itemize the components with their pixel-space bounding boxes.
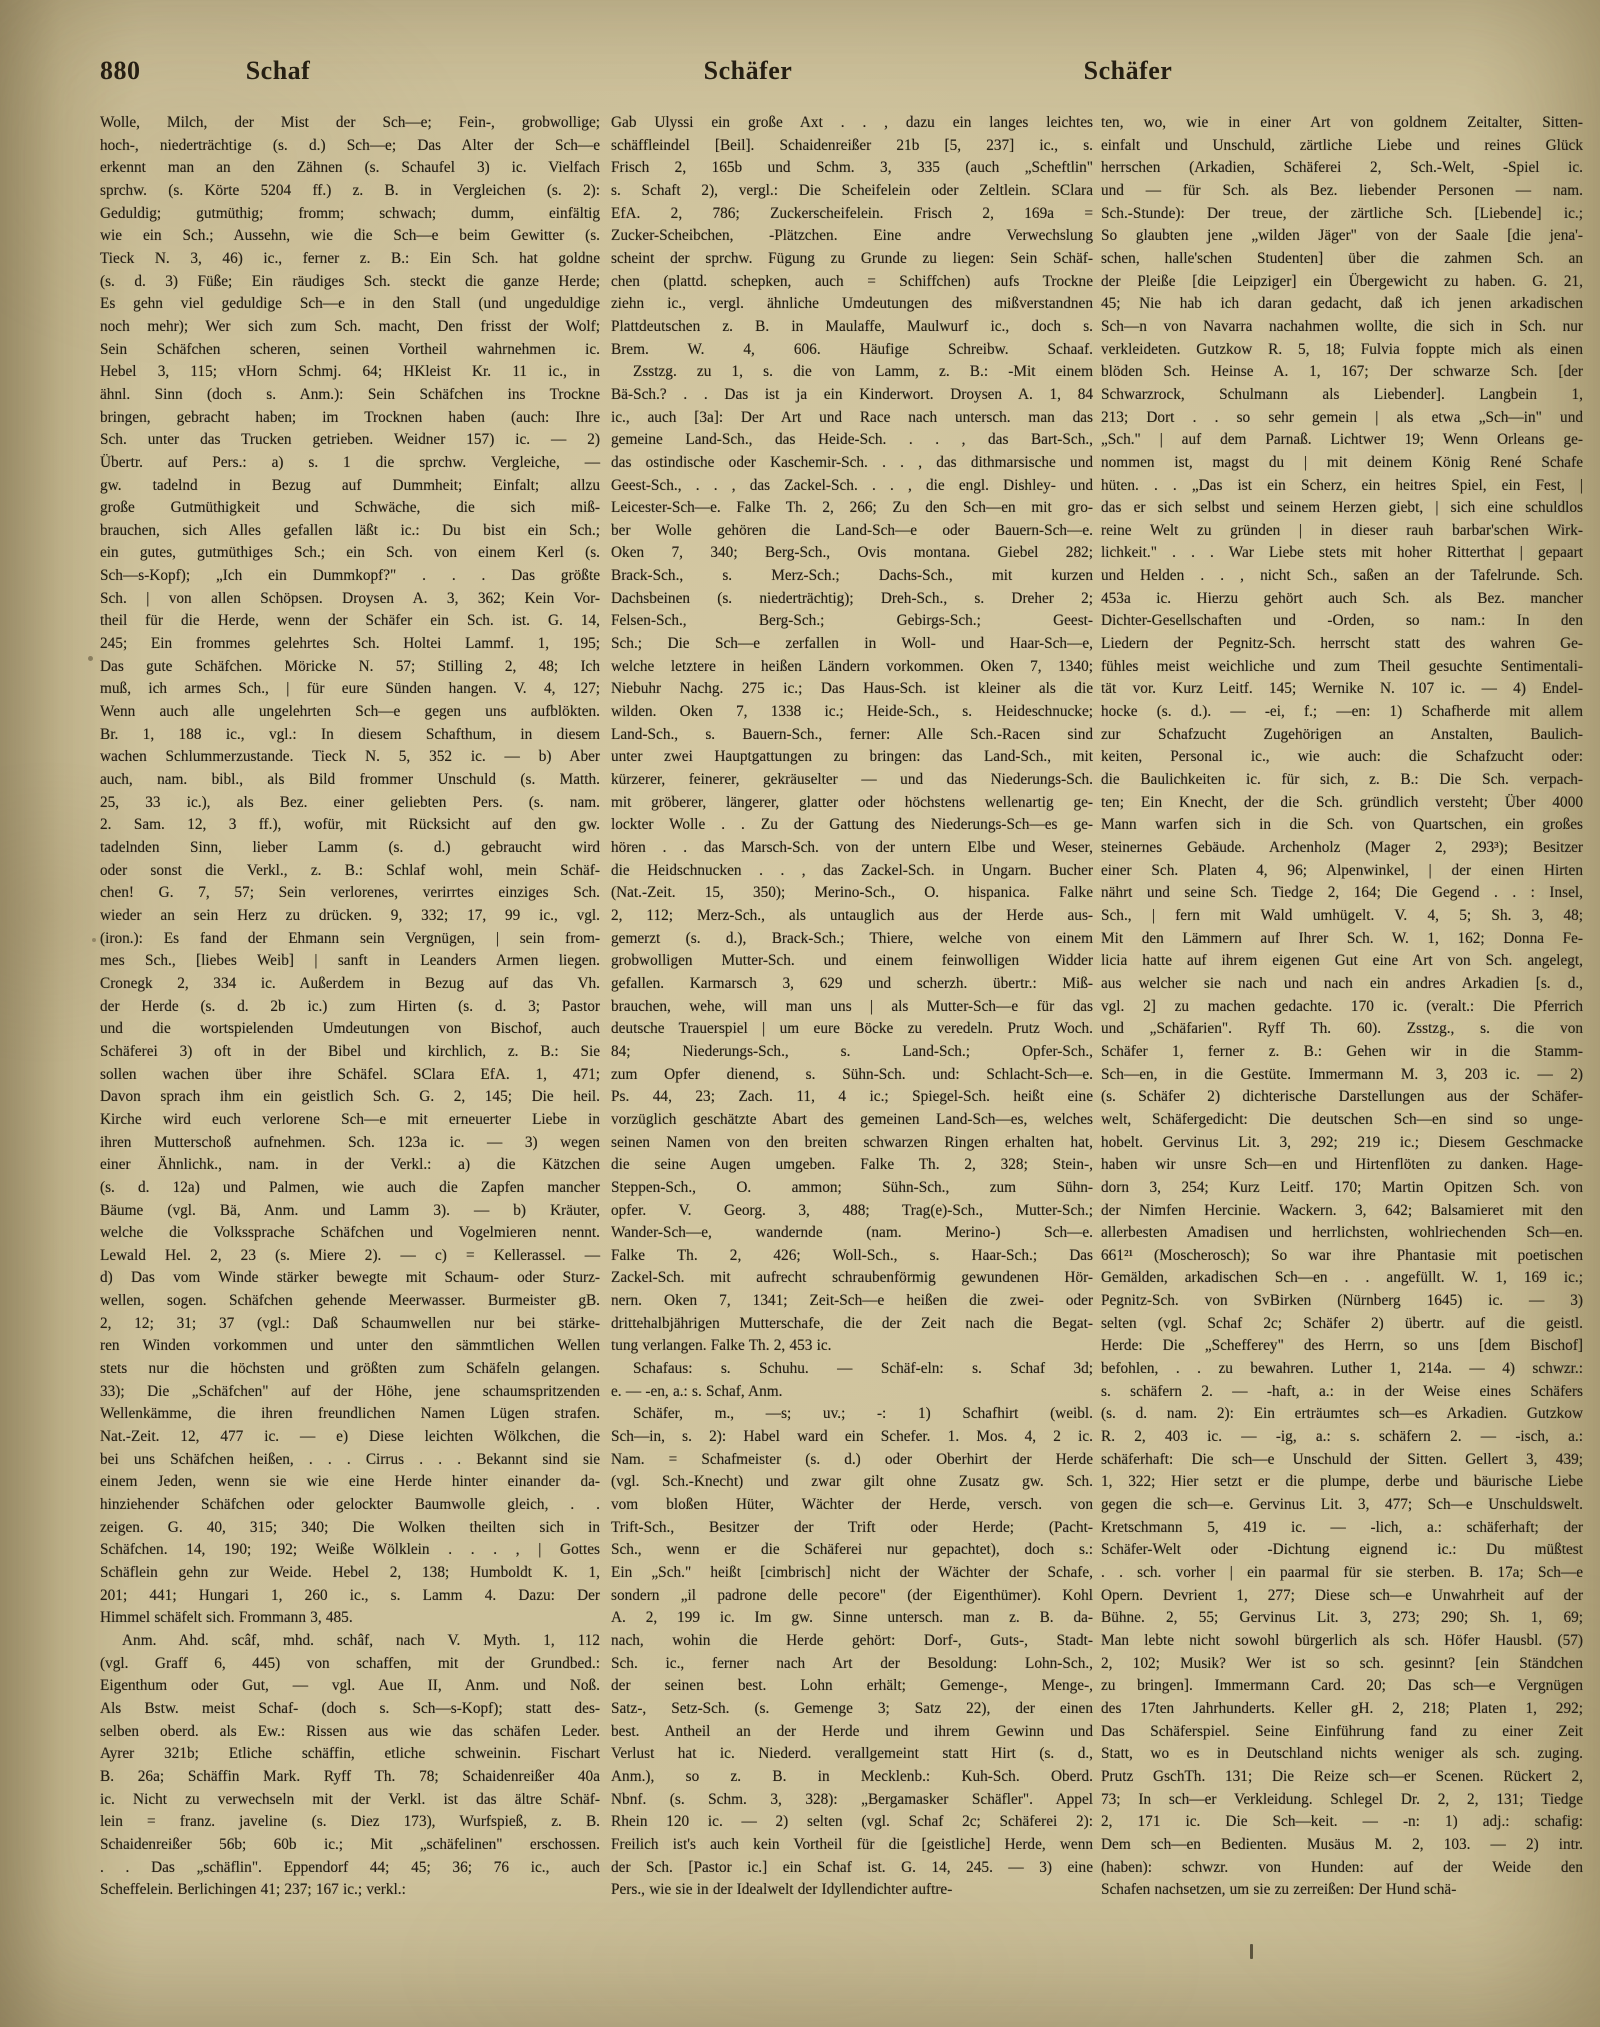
text-line: hoch-, niederträchtige (s. d.) Sch—e; Da… (100, 135, 600, 158)
text-line: nommen ist, magst du | mit deinem König … (1101, 452, 1583, 475)
text-line: (vgl. Sch.-Knecht) und zwar gilt ohne Zu… (611, 1471, 1093, 1494)
text-line: ic., auch [3a]: Der Art und Race nach un… (611, 407, 1093, 430)
text-line: und die wortspielenden Umdeutungen von B… (100, 1018, 600, 1041)
text-line: blöden Sch. Heinse A. 1, 167; Der schwar… (1101, 361, 1583, 384)
text-line: Wenn auch alle ungelehrten Sch—e gegen u… (100, 701, 600, 724)
text-line: licia hatte auf ihrem eigenen Gut eine A… (1101, 950, 1583, 973)
text-line: Sein Schäfchen scheren, seinen Vortheil … (100, 339, 600, 362)
text-line: einer Ähnlichk., nam. in der Verkl.: a) … (100, 1154, 600, 1177)
text-line: aus welcher sie nach und nach ein andres… (1101, 973, 1583, 996)
text-line: (s. d. 3) Füße; Ein räudiges Sch. steckt… (100, 271, 600, 294)
text-line: ren Winden vorkommen und unter den sämmt… (100, 1335, 600, 1358)
text-line: (s. Schäfer 2) dichterische Darstellunge… (1101, 1086, 1583, 1109)
text-line: Sch. unter das Trucken getrieben. Weidne… (100, 429, 600, 452)
text-line: bringen, gebracht haben; im Trocknen hab… (100, 407, 600, 430)
text-line: brauchen, wehe, will man uns | als Mutte… (611, 996, 1093, 1019)
text-line: hinziehender Schäfchen oder gelockter Ba… (100, 1494, 600, 1517)
text-line: Oken 7, 340; Berg-Sch., Ovis montana. Gi… (611, 542, 1093, 565)
text-column-2: Gab Ulyssi ein große Axt . . , dazu ein … (611, 112, 1093, 1902)
text-line: Davon sprach ihm ein geistlich Sch. G. 2… (100, 1086, 600, 1109)
text-line: Nat.-Zeit. 12, 477 ic. — e) Diese leicht… (100, 1426, 600, 1449)
text-line: verkleideten. Gutzkow R. 5, 18; Fulvia f… (1101, 339, 1583, 362)
text-line: wieder an sein Herz zu drücken. 9, 332; … (100, 905, 600, 928)
text-line: Lewald Hel. 2, 23 (s. Miere 2). — c) = K… (100, 1245, 600, 1268)
text-line: Sch. ic., ferner nach Art der Besoldung:… (611, 1653, 1093, 1676)
text-line: selten (vgl. Schaf 2c; Schäfer 2) übertr… (1101, 1313, 1583, 1336)
text-line: und — für Sch. als Bez. liebender Person… (1101, 180, 1583, 203)
text-line: Sch., | fern mit Wald umhügelt. V. 4, 5;… (1101, 905, 1583, 928)
text-line: Himmel schäfelt sich. Frommann 3, 485. (100, 1607, 600, 1630)
text-line: B. 26a; Schäffin Mark. Ryff Th. 78; Scha… (100, 1766, 600, 1789)
text-line: Anm.), so z. B. in Mecklenb.: Kuh-Sch. O… (611, 1766, 1093, 1789)
text-line: welche die Volkssprache Schäfchen und Vo… (100, 1222, 600, 1245)
text-line: Mit den Lämmern auf Ihrer Sch. W. 1, 162… (1101, 928, 1583, 951)
text-line: auch, nam. bibl., als Bild frommer Unsch… (100, 769, 600, 792)
text-line: Schäfer, m., —s; uv.; -: 1) Schafhirt (w… (611, 1403, 1093, 1426)
ink-mark (1250, 1944, 1253, 1959)
text-line: Verlust hat ic. Niederd. verallgemeint s… (611, 1743, 1093, 1766)
page-number: 880 (100, 56, 141, 90)
text-line: wachen Schlummerzustande. Tieck N. 5, 35… (100, 746, 600, 769)
text-line: die Heidschnucken . . , das Zackel-Sch. … (611, 860, 1093, 883)
text-column-3: ten, wo, wie in einer Art von goldnem Ze… (1101, 112, 1583, 1902)
text-line: ihren Mutterschoß aufnehmen. Sch. 123a i… (100, 1132, 600, 1155)
text-line: oder sonst die Verkl., z. B.: Schlaf woh… (100, 860, 600, 883)
text-line: Nam. = Schafmeister (s. d.) oder Oberhir… (611, 1449, 1093, 1472)
text-line: 2. Sam. 12, 3 ff.), wofür, mit Rücksicht… (100, 814, 600, 837)
text-line: Geest-Sch., . . , das Zackel-Sch. . . , … (611, 475, 1093, 498)
text-line: So glaubten jene „wilden Jäger" von der … (1101, 225, 1583, 248)
text-line: das ostindische oder Kaschemir-Sch. . . … (611, 452, 1093, 475)
text-line: (s. d. nam. 2): Ein erträumtes sch—es Ar… (1101, 1403, 1583, 1426)
text-line: Sch—en, in die Gestüte. Immermann M. 3, … (1101, 1064, 1583, 1087)
ink-speck (88, 656, 93, 661)
text-line: schen, halle'schen Studenten] über die z… (1101, 248, 1583, 271)
text-line: chen! G. 7, 57; Sein verlorenes, verirrt… (100, 882, 600, 905)
text-line: Übertr. auf Pers.: a) s. 1 die sprchw. V… (100, 452, 600, 475)
text-line: des 17ten Jahrhunderts. Keller gH. 2, 21… (1101, 1698, 1583, 1721)
scanned-dictionary-page: { "page": { "number": "880" }, "running_… (0, 0, 1600, 2027)
text-line: einem Jeden, wenn sie wie eine Herde hin… (100, 1471, 600, 1494)
text-line: 33); Die „Schäfchen" auf der Höhe, jene … (100, 1381, 600, 1404)
text-line: 245; Ein frommes gelehrtes Sch. Holtei L… (100, 633, 600, 656)
text-line: theil für die Herde, wenn der Schäfer ei… (100, 610, 600, 633)
text-line: sprchw. (s. Körte 5204 ff.) z. B. in Ver… (100, 180, 600, 203)
text-line: Dem sch—en Bedienten. Musäus M. 2, 103. … (1101, 1834, 1583, 1857)
text-line: 201; 441; Hungari 1, 260 ic., s. Lamm 4.… (100, 1585, 600, 1608)
text-line: welche letztere in heißen Ländern vorkom… (611, 656, 1093, 679)
text-line: gegen die sch—e. Gervinus Lit. 3, 477; S… (1101, 1494, 1583, 1517)
text-line: Wander-Sch—e, wandernde (nam. Merino-) S… (611, 1222, 1093, 1245)
text-line: einer Sch. Platen 4, 96; Alpenwinkel, | … (1101, 860, 1583, 883)
text-line: EfA. 2, 786; Zuckerscheifelein. Frisch 2… (611, 203, 1093, 226)
text-line: gemeine Land-Sch., das Heide-Sch. . . , … (611, 429, 1093, 452)
text-line: Bäume (vgl. Bä, Anm. und Lamm 3). — b) K… (100, 1200, 600, 1223)
text-line: best. Antheil an der Herde und ihrem Gew… (611, 1721, 1093, 1744)
text-line: zeigen. G. 40, 315; 340; Die Wolken thei… (100, 1517, 600, 1540)
text-line: 453a ic. Hierzu gehört auch Sch. als Bez… (1101, 588, 1583, 611)
text-line: der Pleiße [die Leipziger] ein Übergewic… (1101, 271, 1583, 294)
text-line: Ein „Sch." heißt [cimbrisch] nicht der W… (611, 1562, 1093, 1585)
text-line: Rhein 120 ic. — 2) selten (vgl. Schaf 2c… (611, 1811, 1093, 1834)
text-line: haben wir unsre Sch—en und Hirtenflöten … (1101, 1154, 1583, 1177)
text-line: Schaidenreißer 56b; 60b ic.; Mit „schäfe… (100, 1834, 600, 1857)
text-line: (vgl. Graff 6, 445) von schaffen, mit de… (100, 1653, 600, 1676)
text-line: wellen, sogen. Schäfchen gehende Meerwas… (100, 1290, 600, 1313)
text-line: Sch.; Die Sch—e zerfallen in Woll- und H… (611, 633, 1093, 656)
text-line: brauchen, sich Alles gefallen läßt ic.: … (100, 520, 600, 543)
text-line: sollen wachen über ihre Schäfel. SClara … (100, 1064, 600, 1087)
text-line: Als Bstw. meist Schaf- (doch s. Sch—s-Ko… (100, 1698, 600, 1721)
text-line: zu bringen]. Immermann Card. 20; Das sch… (1101, 1675, 1583, 1698)
text-line: Schäflein gehn zur Weide. Hebel 2, 138; … (100, 1562, 600, 1585)
text-line: e. — -en, a.: s. Schaf, Anm. (611, 1381, 1093, 1404)
text-line: gefallen. Karmarsch 3, 629 und scherzh. … (611, 973, 1093, 996)
text-line: Brack-Sch., s. Merz-Sch.; Dachs-Sch., mi… (611, 565, 1093, 588)
text-line: Zackel-Sch. mit aufrecht schraubenförmig… (611, 1267, 1093, 1290)
text-line: sondern „il padrone delle pecore" (der E… (611, 1585, 1093, 1608)
text-line: wilden. Oken 7, 1338 ic.; Heide-Sch., s.… (611, 701, 1093, 724)
text-line: 2, 112; Merz-Sch., als untauglich aus de… (611, 905, 1093, 928)
text-line: die Baulichkeiten ic. für sich, z. B.: D… (1101, 769, 1583, 792)
text-line: 2, 171 ic. Die Sch—keit. — -n: 1) adj.: … (1101, 1811, 1583, 1834)
text-line: Nbnf. (s. Schm. 3, 328): „Bergamasker Sc… (611, 1789, 1093, 1812)
text-line: Pegnitz-Sch. von SvBirken (Nürnberg 1645… (1101, 1290, 1583, 1313)
text-line: Liedern der Pegnitz-Sch. herrscht statt … (1101, 633, 1583, 656)
text-line: keiten, Personal ic., wie auch: die Scha… (1101, 746, 1583, 769)
text-line: Statt, wo es in Deutschland nichts wenig… (1101, 1743, 1583, 1766)
text-line: lockter Wolle . . Zu der Gattung des Nie… (611, 814, 1093, 837)
text-line: d) Das vom Winde stärker bewegte mit Sch… (100, 1267, 600, 1290)
text-line: wie ein Sch.; Aussehn, wie die Sch—e bei… (100, 225, 600, 248)
text-line: Brem. W. 4, 606. Häufige Schreibw. Schaa… (611, 339, 1093, 362)
text-line: gw. tadelnd in Bezug auf Dummheit; Einfa… (100, 475, 600, 498)
text-column-1: Wolle, Milch, der Mist der Sch—e; Fein-,… (100, 112, 600, 1902)
text-line: ziehn ic., vergl. ähnliche Umdeutungen d… (611, 293, 1093, 316)
text-line: nährt und seine Sch. Tiedge 2, 164; Die … (1101, 882, 1583, 905)
text-line: grobwolligen Mutter-Sch. und einem feinw… (611, 950, 1093, 973)
running-head-right: Schäfer (1084, 56, 1173, 90)
text-line: Pers., wie sie in der Idealwelt der Idyl… (611, 1879, 1093, 1902)
running-head-left: Schaf (246, 56, 311, 90)
text-line: Schafaus: s. Schuhu. — Schäf-eln: s. Sch… (611, 1358, 1093, 1381)
text-line: hören . . das Marsch-Sch. von der untern… (611, 837, 1093, 860)
text-line: Cronegk 2, 334 ic. Außerdem in Bezug auf… (100, 973, 600, 996)
text-line: Herde: Die „Schefferey" des Herrn, so un… (1101, 1335, 1583, 1358)
text-line: (haben): schwzr. von Hunden: auf der Wei… (1101, 1857, 1583, 1880)
text-line: Sch., wenn er die Schäferei nur gepachte… (611, 1539, 1093, 1562)
text-line: . . Das „schäflin". Eppendorf 44; 45; 36… (100, 1857, 600, 1880)
text-line: Schäfchen. 14, 190; 192; Weiße Wölklein … (100, 1539, 600, 1562)
text-line: 2, 12; 31; 37 (vgl.: Daß Schaumwellen nu… (100, 1313, 600, 1336)
text-line: (s. d. 12a) und Palmen, wie auch die Zap… (100, 1177, 600, 1200)
text-line: nach, wohin die Herde gehört: Dorf-, Gut… (611, 1630, 1093, 1653)
text-line: allerbesten Amadisen und herrlichsten, w… (1101, 1222, 1583, 1245)
text-line: unter zwei Hauptgattungen zu bringen: da… (611, 746, 1093, 769)
text-line: steinernes Gebäude. Archenholz (Mager 2,… (1101, 837, 1583, 860)
text-line: chen (plattd. schepken, auch = Schiffche… (611, 271, 1093, 294)
text-line: welt, Schäfergedicht: Die deutschen Sch—… (1101, 1109, 1583, 1132)
text-line: erkennt man an den Zähnen (s. Schaufel 3… (100, 157, 600, 180)
running-head-center: Schäfer (704, 56, 793, 90)
text-line: „Sch." | auf dem Parnaß. Lichtwer 19; We… (1101, 429, 1583, 452)
text-line: Man lebte nicht sowohl bürgerlich als sc… (1101, 1630, 1583, 1653)
text-line: Falke Th. 2, 426; Woll-Sch., s. Haar-Sch… (611, 1245, 1093, 1268)
text-line: Br. 1, 188 ic., vgl.: In diesem Schafthu… (100, 724, 600, 747)
text-line: zur Schafzucht Zugehörigen an Anstalten,… (1101, 724, 1583, 747)
text-line: R. 2, 403 ic. — -ig, a.: s. schäfern 2. … (1101, 1426, 1583, 1449)
text-line: 2, 102; Musik? Wer ist so sch. gesinnt? … (1101, 1653, 1583, 1676)
text-line: herrschen (Arkadien, Schäferei 2, Sch.-W… (1101, 157, 1583, 180)
text-line: stets nur die höchsten und größten zum S… (100, 1358, 600, 1381)
text-line: Schäferei 3) oft in der Bibel und kirchl… (100, 1041, 600, 1064)
text-line: Zsstzg. zu 1, s. die von Lamm, z. B.: -M… (611, 361, 1093, 384)
text-line: tung verlangen. Falke Th. 2, 453 ic. (611, 1335, 1093, 1358)
text-line: Sch—s-Kopf); „Ich ein Dummkopf?" . . . D… (100, 565, 600, 588)
text-line: Schäfer 1, ferner z. B.: Gehen wir in di… (1101, 1041, 1583, 1064)
ink-speck (92, 938, 96, 942)
text-line: 45; Nie hab ich daran gedacht, daß ich j… (1101, 293, 1583, 316)
text-line: Trift-Sch., Besitzer der Trift oder Herd… (611, 1517, 1093, 1540)
text-line: Schafen nachsetzen, um sie zu zerreißen:… (1101, 1879, 1583, 1902)
text-line: Bä-Sch.? . . Das ist ja ein Kinderwort. … (611, 384, 1093, 407)
text-line: s. schäfern 2. — -haft, a.: in der Weise… (1101, 1381, 1583, 1404)
text-line: vom bloßen Hüter, Wächter der Herde, ver… (611, 1494, 1093, 1517)
text-line: lichkeit." . . . War Liebe stets mit hoh… (1101, 542, 1583, 565)
text-line: Wolle, Milch, der Mist der Sch—e; Fein-,… (100, 112, 600, 135)
text-line: reine Welt zu gründen | in dieser rauh b… (1101, 520, 1583, 543)
text-line: dorn 3, 254; Kurz Leitf. 170; Martin Opi… (1101, 1177, 1583, 1200)
text-line: (Nat.-Zeit. 15, 350); Merino-Sch., O. hi… (611, 882, 1093, 905)
text-line: ten, wo, wie in einer Art von goldnem Ze… (1101, 112, 1583, 135)
text-line: gemerzt (s. d.), Brack-Sch.; Thiere, wel… (611, 928, 1093, 951)
text-line: (iron.): Es fand der Ehmann sein Vergnüg… (100, 928, 600, 951)
text-line: Opern. Devrient 1, 277; Diese sch—e Unwa… (1101, 1585, 1583, 1608)
text-line: Wellenkämme, die ihren freundlichen Name… (100, 1403, 600, 1426)
text-line: Das Schäferspiel. Seine Einführung fand … (1101, 1721, 1583, 1744)
text-line: Es gehn viel geduldige Sch—e in den Stal… (100, 293, 600, 316)
text-line: befohlen, . . zu bewahren. Luther 1, 214… (1101, 1358, 1583, 1381)
text-line: ein gutes, gutmüthiges Sch.; ein Sch. vo… (100, 542, 600, 565)
text-line: Ayrer 321b; Etliche schäffin, etliche sc… (100, 1743, 600, 1766)
text-line: Leicester-Sch—e. Falke Th. 2, 266; Zu de… (611, 497, 1093, 520)
text-line: der seinen best. Lohn erhält; Gemenge-, … (611, 1675, 1093, 1698)
text-line: drittehalbjährigen Mutterschafe, die der… (611, 1313, 1093, 1336)
text-line: Gemälden, arkadischen Sch—en . . angefül… (1101, 1267, 1583, 1290)
text-line: Sch. | von allen Schöpsen. Droysen A. 3,… (100, 588, 600, 611)
text-line: ten; Ein Knecht, der die Sch. gründlich … (1101, 792, 1583, 815)
text-line: fühles meist weichliche und zum Theil ge… (1101, 656, 1583, 679)
text-line: schäferhaft: Die sch—e Unschuld der Sitt… (1101, 1449, 1583, 1472)
text-line: deutsche Trauerspiel | um eure Böcke zu … (611, 1018, 1093, 1041)
text-line: Felsen-Sch., Berg-Sch.; Gebirgs-Sch.; Ge… (611, 610, 1093, 633)
text-line: ber Wolle gehören die Land-Sch—e oder Ba… (611, 520, 1093, 543)
text-line: Eigenthum oder Gut, — vgl. Aue II, Anm. … (100, 1675, 600, 1698)
text-line: Land-Sch., s. Bauern-Sch., ferner: Alle … (611, 724, 1093, 747)
text-line: Mann warfen sich in die Sch. von Quartsc… (1101, 814, 1583, 837)
text-line: zum Opfer dienend, s. Sühn-Sch. und: Sch… (611, 1064, 1093, 1087)
text-line: A. 2, 199 ic. Im gw. Sinne untersch. man… (611, 1607, 1093, 1630)
text-line: Schwarzrock, Schulmann als Liebender]. L… (1101, 384, 1583, 407)
text-line: der Herde (s. d. 2b ic.) zum Hirten (s. … (100, 996, 600, 1019)
text-line: Gab Ulyssi ein große Axt . . , dazu ein … (611, 112, 1093, 135)
text-line: lein = franz. javeline (s. Diez 173), Wu… (100, 1811, 600, 1834)
text-line: Frisch 2, 165b und Schm. 3, 335 (auch „S… (611, 157, 1093, 180)
text-line: 1, 322; Hier setzt er die plumpe, derbe … (1101, 1471, 1583, 1494)
text-line: Freilich ist's auch kein Vortheil für di… (611, 1834, 1093, 1857)
text-line: tadelnden Sinn, lieber Lamm (s. d.) gebr… (100, 837, 600, 860)
text-line: und Helden . . , nicht Sch., saßen an de… (1101, 565, 1583, 588)
text-line: nern. Oken 7, 1341; Zeit-Sch—e heißen di… (611, 1290, 1093, 1313)
text-line: Schäfer-Welt oder -Dichtung eignend ic.:… (1101, 1539, 1583, 1562)
text-line: Tieck N. 3, 46) ic., ferner z. B.: Ein S… (100, 248, 600, 271)
text-line: vgl. 2] zu machen gedachte. 170 ic. (ver… (1101, 996, 1583, 1019)
text-line: Sch—in, s. 2): Habel ward ein Schefer. 1… (611, 1426, 1093, 1449)
text-line: hobelt. Gervinus Lit. 3, 292; 219 ic.; D… (1101, 1132, 1583, 1155)
text-line: . . sch. vorher | ein paarmal für sie st… (1101, 1562, 1583, 1585)
text-line: scheint der sprchw. Fügung zu Grunde zu … (611, 248, 1093, 271)
text-line: muß, ich armes Sch., | für eure Sünden h… (100, 678, 600, 701)
text-line: bei uns Schäfchen heißen, . . . Cirrus .… (100, 1449, 600, 1472)
text-line: Das gute Schäfchen. Möricke N. 57; Still… (100, 656, 600, 679)
text-line: 84; Niederungs-Sch., s. Land-Sch.; Opfer… (611, 1041, 1093, 1064)
text-line: Bühne. 2, 55; Gervinus Lit. 3, 273; 290;… (1101, 1607, 1583, 1630)
text-line: 25, 33 ic.), als Bez. einer geliebten Pe… (100, 792, 600, 815)
text-line: Dichter-Gesellschaften und -Orden, so na… (1101, 610, 1583, 633)
text-line: Satz-, Setz-Sch. (s. Gemenge 3; Satz 22)… (611, 1698, 1093, 1721)
text-line: vorzüglich geschätzte Abart des gemeinen… (611, 1109, 1093, 1132)
text-line: Kirche wird euch verlorene Sch—e mit ern… (100, 1109, 600, 1132)
text-line: mit gröberer, längerer, glatter oder höc… (611, 792, 1093, 815)
text-line: Plattdeutschen z. B. in Maulaffe, Maulwu… (611, 316, 1093, 339)
text-line: der Sch. [Pastor ic.] ein Schaf ist. G. … (611, 1857, 1093, 1880)
text-line: Dachsbeinen (s. niederträchtig); Dreh-Sc… (611, 588, 1093, 611)
text-line: der Nimfen Hercinie. Wackern. 3, 642; Ba… (1101, 1200, 1583, 1223)
text-line: hocke (s. d.). — -ei, f.; —en: 1) Schafh… (1101, 701, 1583, 724)
text-line: Zucker-Scheibchen, -Plätzchen. Eine andr… (611, 225, 1093, 248)
text-line: 213; Dort . . so sehr gemein | als etwa … (1101, 407, 1583, 430)
text-line: noch mehr); Wer sich zum Sch. macht, Den… (100, 316, 600, 339)
text-line: opfer. V. Georg. 3, 488; Trag(e)-Sch., M… (611, 1200, 1093, 1223)
text-line: Sch—n von Navarra nachahmen wollte, die … (1101, 316, 1583, 339)
text-line: Prutz GschTh. 131; Die Reize sch—er Scen… (1101, 1766, 1583, 1789)
text-line: selben oberd. als Ew.: Rissen aus wie da… (100, 1721, 600, 1744)
text-line: Anm. Ahd. scâf, mhd. schâf, nach V. Myth… (100, 1630, 600, 1653)
text-line: das er sich selbst und seinem Herzen gie… (1101, 497, 1583, 520)
text-line: große Gutmüthigkeit und Schwäche, die si… (100, 497, 600, 520)
text-line: die seine Augen umgeben. Falke Th. 2, 32… (611, 1154, 1093, 1177)
text-line: Niebuhr Nachg. 275 ic.; Das Haus-Sch. is… (611, 678, 1093, 701)
text-line: kürzerer, feinerer, gekräuselter — und d… (611, 769, 1093, 792)
text-line: Ps. 44, 23; Zach. 11, 4 ic.; Spiegel-Sch… (611, 1086, 1093, 1109)
text-line: schäffleindel [Beil]. Schaidenreißer 21b… (611, 135, 1093, 158)
text-line: tät vor. Kurz Leitf. 145; Wernike N. 107… (1101, 678, 1583, 701)
text-line: 73; In sch—er Verkleidung. Schlegel Dr. … (1101, 1789, 1583, 1812)
text-line: mes Sch., [liebes Weib] | sanft in Leand… (100, 950, 600, 973)
text-line: seinen Namen von den breiten schwarzen R… (611, 1132, 1093, 1155)
text-line: 661²¹ (Moscherosch); So war ihre Phantas… (1101, 1245, 1583, 1268)
text-line: Kretschmann 5, 419 ic. — -lich, a.: schä… (1101, 1517, 1583, 1540)
text-line: ähnl. Sinn (doch s. Anm.): Sein Schäfche… (100, 384, 600, 407)
text-line: s. Schaft 2), vergl.: Die Scheifelein od… (611, 180, 1093, 203)
text-line: einfalt und Unschuld, zärtliche Liebe un… (1101, 135, 1583, 158)
text-line: Geduldig; gutmüthig; fromm; schwach; dum… (100, 203, 600, 226)
text-line: und „Schäfarien". Ryff Th. 60). Zsstzg.,… (1101, 1018, 1583, 1041)
text-line: Hebel 3, 115; vHorn Schmj. 64; HKleist K… (100, 361, 600, 384)
text-line: Steppen-Sch., O. ammon; Sühn-Sch., zum S… (611, 1177, 1093, 1200)
text-line: ic. Nicht zu verwechseln mit der Verkl. … (100, 1789, 600, 1812)
text-line: hüten. . . „Das ist ein Scherz, ein heit… (1101, 475, 1583, 498)
text-line: Sch.-Stunde): Der treue, der zärtliche S… (1101, 203, 1583, 226)
text-line: Scheffelein. Berlichingen 41; 237; 167 i… (100, 1879, 600, 1902)
